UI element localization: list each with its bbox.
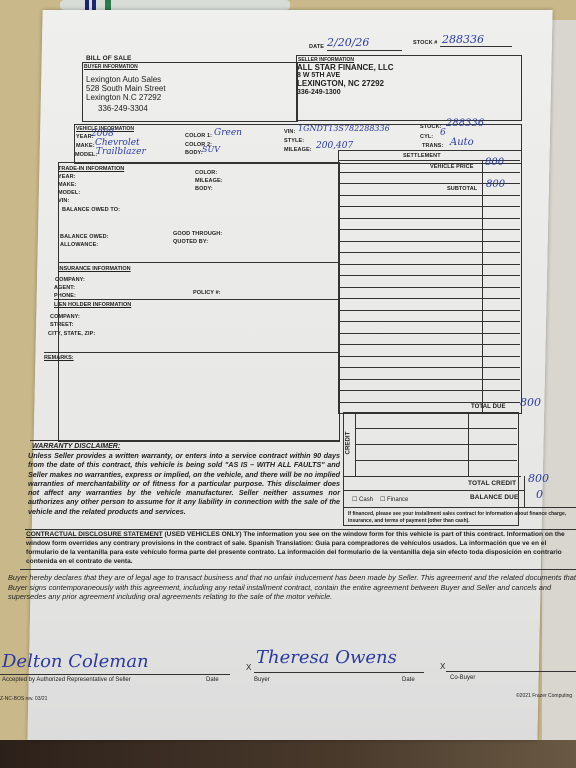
body-label: BODY: [185,150,203,156]
mileage-label: MILEAGE: [284,147,312,153]
buyer-signature[interactable]: Theresa Owens [256,647,397,668]
date-value[interactable]: 2/20/26 [327,36,369,49]
make-label: MAKE: [76,143,95,149]
insurance-agent-label: AGENT: [54,285,75,291]
vehicle-stock-value[interactable]: 288336 [446,118,484,129]
buyer-name: Lexington Auto Sales [86,75,161,84]
vehicle-price-value[interactable]: 800 [485,157,504,168]
settlement-header: SETTLEMENT [403,153,441,159]
disclosure-block: CONTRACTUAL DISCLOSURE STATEMENT (USED V… [26,530,576,566]
warranty-header: WARRANTY DISCLAIMER: [32,443,120,450]
buyer-x-mark: X [246,663,251,672]
lien-company-label: COMPANY: [50,314,80,320]
settlement-rule [338,275,520,276]
vehicle-price-label: VEHICLE PRICE [430,164,473,170]
settlement-rule [338,310,520,311]
insurance-header: INSURANCE INFORMATION [58,266,131,272]
good-through-label: GOOD THROUGH: [173,231,222,237]
stock-value[interactable]: 288336 [442,33,484,46]
settlement-rule [338,172,520,173]
declaration-text: Buyer hereby declares that they are of l… [8,573,576,602]
cash-checkbox[interactable]: ☐ Cash [352,496,373,503]
buyer-sign-label: Buyer [254,677,270,683]
trade-in-header: TRADE-IN INFORMATION [58,166,124,172]
cyl-value[interactable]: 6 [440,128,446,138]
settlement-rule [338,218,520,219]
model-value[interactable]: Trailblazer [96,147,146,157]
warranty-text: Unless Seller provides a written warrant… [28,451,340,516]
buyer-city: Lexington N.C 27292 [86,93,161,102]
subtotal-value[interactable]: 800 [486,179,505,190]
bill-of-sale-document: BILL OF SALE DATE 2/20/26 STOCK # 288336… [0,0,576,768]
date-label: DATE [309,44,324,50]
seller-phone: 336-249-1300 [297,88,341,97]
vin-label: VIN: [284,129,295,135]
color1-label: COLOR 1: [185,133,212,139]
seller-sign-label: Accepted by Authorized Representative of… [2,677,131,683]
trade-year-label: YEAR: [58,174,76,180]
settlement-rule [338,333,520,334]
insurance-company-label: COMPANY: [55,277,85,283]
finance-label: Finance [387,497,408,503]
subtotal-label: SUBTOTAL [447,186,477,192]
settlement-rule [338,206,520,207]
body-value[interactable]: SUV [202,145,220,154]
settlement-rule [338,264,520,265]
total-due-value[interactable]: 800 [520,396,541,409]
cyl-label: CYL: [420,134,433,140]
trans-label: TRANS: [422,143,443,149]
balance-owed-to-label: BALANCE OWED TO: [62,207,120,213]
credit-box [343,412,519,526]
trade-make-label: MAKE: [58,182,77,188]
settlement-rule [338,367,520,368]
seller-date-label: Date [206,677,219,683]
trade-model-label: MODEL: [58,190,80,196]
settlement-rule [338,321,520,322]
lien-city-label: CITY, STATE, ZIP: [48,331,95,337]
quoted-by-label: QUOTED BY: [173,239,208,245]
remarks-header: REMARKS: [44,355,74,361]
settlement-rule [338,252,520,253]
style-label: STYLE: [284,138,304,144]
settlement-rule [338,356,520,357]
allowance-label: ALLOWANCE: [60,242,98,248]
settlement-rule [338,287,520,288]
total-due-label: TOTAL DUE [471,404,506,410]
color1-value[interactable]: Green [214,128,242,138]
total-credit-value[interactable]: 800 [528,472,549,485]
buyer-phone: 336-249-3304 [98,104,148,113]
credit-label: CREDIT [345,432,351,455]
trade-vin-label: VIN: [58,198,69,204]
financed-note: If financed, please see your installment… [348,511,576,524]
total-credit-label: TOTAL CREDIT [468,480,516,487]
lien-street-label: STREET: [50,322,74,328]
policy-label: POLICY #: [193,290,221,296]
stock-label: STOCK # [413,40,437,46]
vehicle-stock-label: STOCK: [420,124,442,130]
disclosure-header: CONTRACTUAL DISCLOSURE STATEMENT [26,531,163,538]
settlement-rule [338,241,520,242]
balance-due-label: BALANCE DUE [470,494,518,501]
trade-mileage-label: MILEAGE: [195,178,223,184]
balance-due-value[interactable]: 0 [536,488,543,501]
settlement-rule [338,344,520,345]
trade-body-label: BODY: [195,186,213,192]
seller-city: LEXINGTON, NC 27292 [297,79,384,88]
buyer-date-label: Date [402,677,415,683]
model-label: MODEL: [75,152,97,158]
copyright: ©2021 Frazer Computing [516,693,572,699]
settlement-rule [338,298,520,299]
trans-value[interactable]: Auto [450,137,474,148]
lien-holder-header: LIEN HOLDER INFORMATION [54,302,131,308]
cash-label: Cash [359,497,373,503]
buyer-header: BUYER INFORMATION [84,64,138,70]
cobuyer-sign-label: Co-Buyer [450,675,475,681]
trade-color-label: COLOR: [195,170,217,176]
settlement-rule [338,195,520,196]
form-id: Z-NC-BOS rev. 03/21 [0,696,47,702]
settlement-rule [338,229,520,230]
settlement-rule [338,402,520,403]
finance-checkbox[interactable]: ☐ Finance [380,496,408,503]
settlement-rule [338,390,520,391]
vin-value[interactable]: 1GNDT13S782288336 [298,124,390,133]
settlement-rule [338,379,520,380]
seller-signature[interactable]: Delton Coleman [2,651,149,672]
cobuyer-x-mark: X [440,662,445,671]
form-title: BILL OF SALE [86,55,132,62]
balance-owed-label: BALANCE OWED: [60,234,109,240]
buyer-street: 528 South Main Street [86,84,166,93]
